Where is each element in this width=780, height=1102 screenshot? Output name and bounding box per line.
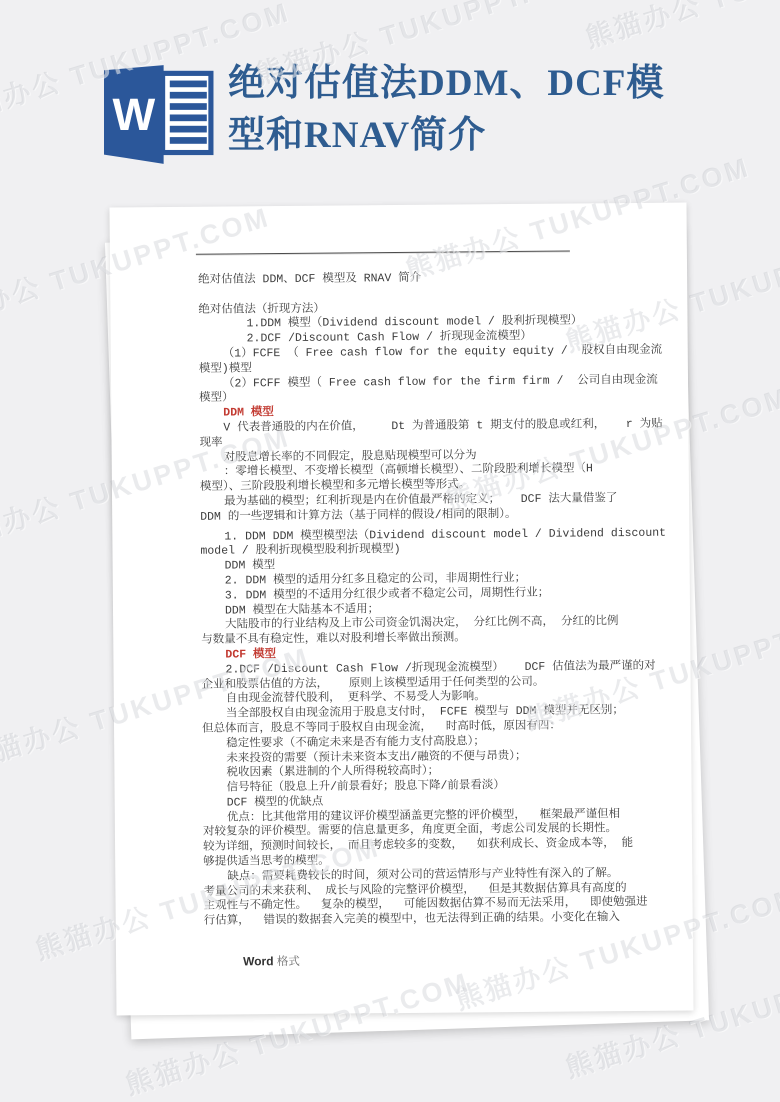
document-page: 绝对估值法 DDM、DCF 模型及 RNAV 简介 绝对估值法（折现方法）1.D… — [109, 202, 693, 1015]
doc-line: DDM 的一些逻辑和计算方法（基于同样的假设/相同的限制）。 — [200, 507, 592, 525]
page-title: 绝对估值法DDM、DCF模 型和RNAV简介 — [228, 58, 708, 162]
header-rule — [196, 251, 570, 255]
footer-format-label: 格式 — [277, 956, 300, 969]
document-preview-page: W 绝对估值法DDM、DCF模 型和RNAV简介 绝对估值法 DDM、DCF 模… — [0, 0, 780, 1102]
word-icon-letter: W — [112, 89, 155, 140]
page-title-line1: 绝对估值法DDM、DCF模 — [228, 58, 708, 110]
document-footer: Word 格式 — [243, 953, 300, 969]
word-icon: W — [104, 64, 214, 166]
header: W 绝对估值法DDM、DCF模 型和RNAV简介 — [0, 0, 780, 200]
document-body: 绝对估值法 DDM、DCF 模型及 RNAV 简介 绝对估值法（折现方法）1.D… — [198, 270, 596, 929]
doc-line: 行估算， 错误的数据套入完美的模型中，也无法得到正确的结果。小变化在输入 — [204, 912, 596, 930]
page-title-line2: 型和RNAV简介 — [228, 110, 708, 162]
footer-word-label: Word — [243, 954, 274, 968]
